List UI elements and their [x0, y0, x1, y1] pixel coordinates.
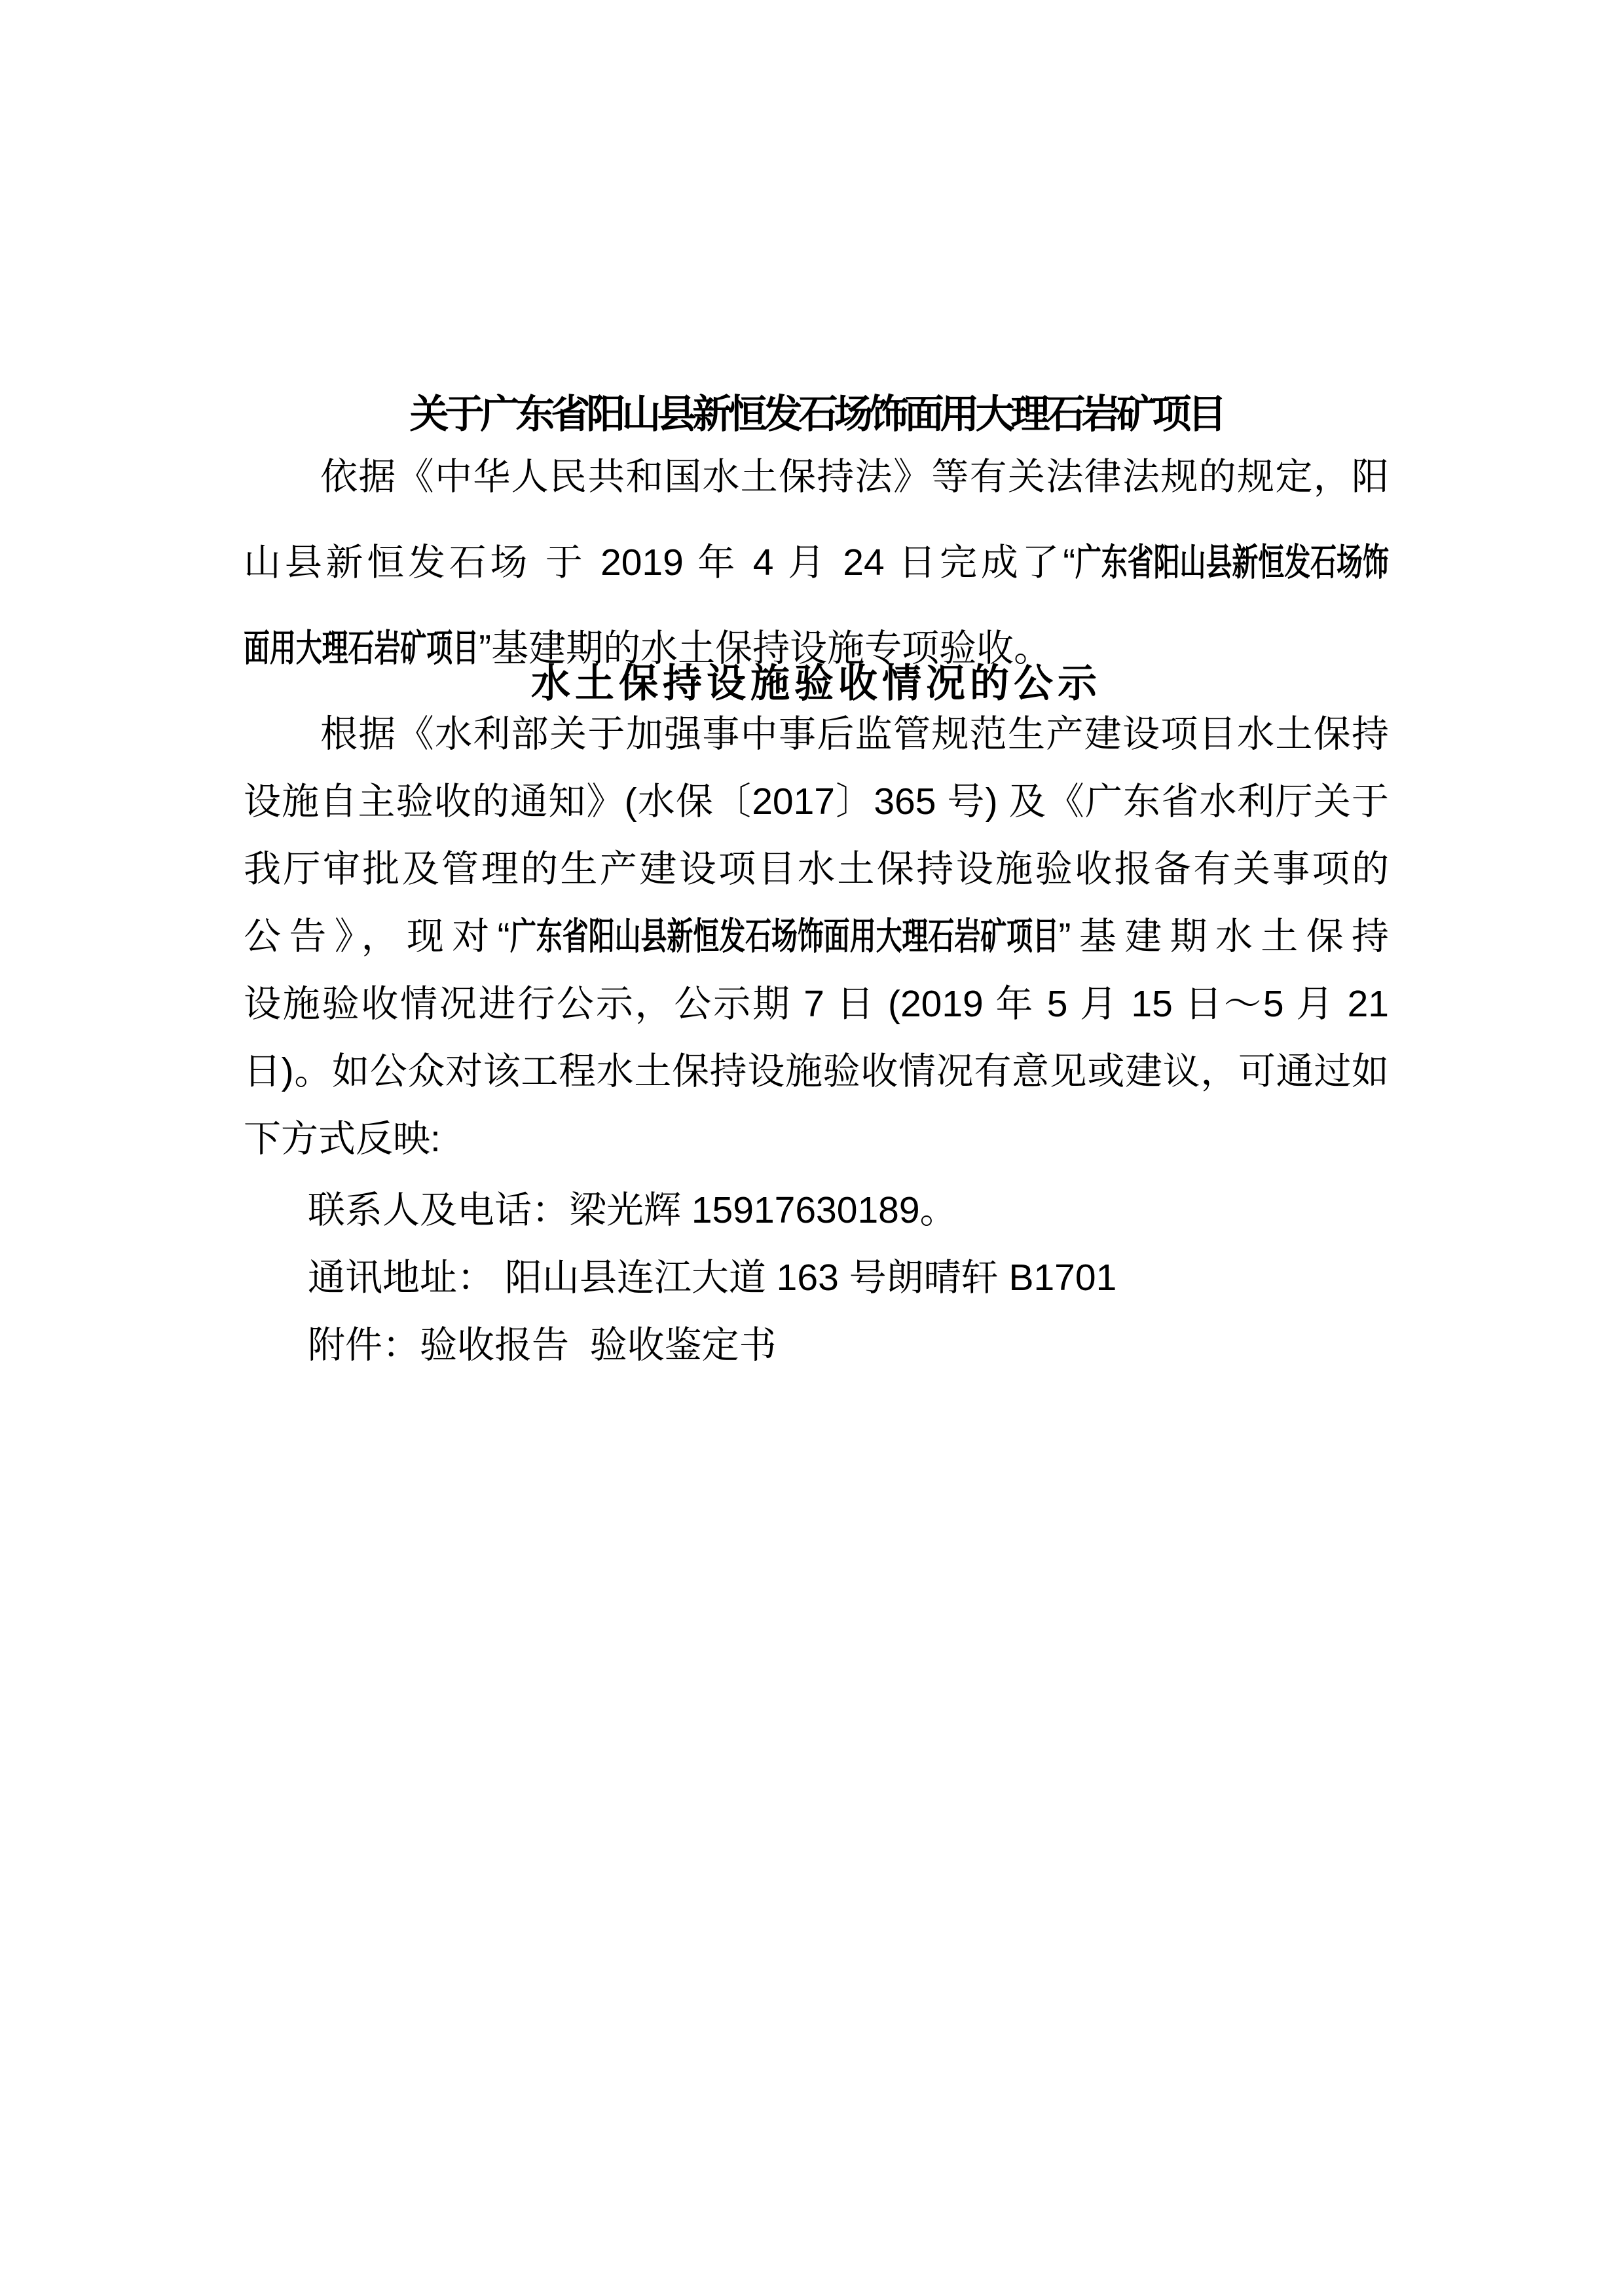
contact-info-line-2: 通讯地址： 阳山县连江大道 163 号朗晴轩 B1701	[244, 1244, 1389, 1312]
text-segment: 设施验收情况进行公示，公示期 7 日 (2019 年 5 月 15 日～5 月 …	[244, 983, 1389, 1025]
text-segment: 日)。如公众对该工程水土保持设施验收情况有意见或建议，可通过如	[244, 1050, 1389, 1092]
document-page: 关于广东省阳山县新恒发石场饰面用大理石岩矿项目 水土保持设施验收情况的公示 依据…	[0, 0, 1624, 2296]
paragraph-publicity-notice-line-7: 下方式反映:	[244, 1105, 1389, 1173]
text-segment: ”基建期的水土保持设施专项验收。	[479, 627, 1051, 669]
text-segment: 我厅审批及管理的生产建设项目水土保持设施验收报备有关事项的	[244, 848, 1389, 890]
project-name-bold: 广东省阳山县新恒发石场饰	[1075, 520, 1389, 606]
paragraph-publicity-notice-line-2: 设施自主验收的通知》(水保〔2017〕365 号) 及《广东省水利厅关于	[244, 768, 1389, 836]
text-segment: 公告》，现对“	[244, 916, 510, 957]
paragraph-legal-basis: 依据《中华人民共和国水土保持法》等有关法律法规的规定，阳山县新恒发石场 于 20…	[244, 434, 1389, 692]
text-segment: 设施自主验收的通知》(水保〔2017〕365 号) 及《广东省水利厅关于	[244, 781, 1389, 823]
text-segment: 联系人及电话：梁光辉 15917630189。	[308, 1189, 957, 1231]
paragraph-publicity-notice-line-4: 公告》，现对“广东省阳山县新恒发石场饰面用大理石岩矿项目”基建期水土保持	[244, 903, 1389, 971]
paragraph-publicity-notice-line-6: 日)。如公众对该工程水土保持设施验收情况有意见或建议，可通过如	[244, 1038, 1389, 1105]
paragraph-publicity-notice: 根据《水利部关于加强事中事后监管规范生产建设项目水土保持设施自主验收的通知》(水…	[244, 701, 1389, 1173]
text-segment: 通讯地址： 阳山县连江大道 163 号朗晴轩 B1701	[308, 1257, 1116, 1299]
project-name-bold: 广东省阳山县新恒发石场饰面用大理石岩矿项目	[510, 903, 1059, 971]
text-segment: ”基建期水土保持	[1059, 916, 1389, 957]
text-segment: 附件：验收报告 验收鉴定书	[308, 1324, 777, 1366]
contact-info-line-1: 联系人及电话：梁光辉 15917630189。	[244, 1177, 1389, 1244]
paragraph-legal-basis-line-1: 依据《中华人民共和国水土保持法》等有关法律法规的规定，阳	[244, 434, 1389, 520]
text-segment: 山县新恒发石场 于 2019 年 4 月 24 日完成了“	[244, 542, 1075, 583]
text-segment: 下方式反映:	[244, 1118, 441, 1160]
contact-info-block: 联系人及电话：梁光辉 15917630189。通讯地址： 阳山县连江大道 163…	[244, 1177, 1389, 1379]
paragraph-legal-basis-line-3: 面用大理石岩矿项目”基建期的水土保持设施专项验收。	[244, 606, 1389, 692]
text-segment: 依据《中华人民共和国水土保持法》等有关法律法规的规定，阳	[320, 456, 1389, 498]
paragraph-publicity-notice-line-3: 我厅审批及管理的生产建设项目水土保持设施验收报备有关事项的	[244, 836, 1389, 903]
paragraph-publicity-notice-line-5: 设施验收情况进行公示，公示期 7 日 (2019 年 5 月 15 日～5 月 …	[244, 971, 1389, 1038]
contact-info-line-3: 附件：验收报告 验收鉴定书	[244, 1312, 1389, 1379]
paragraph-publicity-notice-line-1: 根据《水利部关于加强事中事后监管规范生产建设项目水土保持	[244, 701, 1389, 768]
paragraph-legal-basis-line-2: 山县新恒发石场 于 2019 年 4 月 24 日完成了“广东省阳山县新恒发石场…	[244, 520, 1389, 606]
project-name-bold: 面用大理石岩矿项目	[244, 606, 479, 692]
text-segment: 根据《水利部关于加强事中事后监管规范生产建设项目水土保持	[320, 713, 1389, 755]
